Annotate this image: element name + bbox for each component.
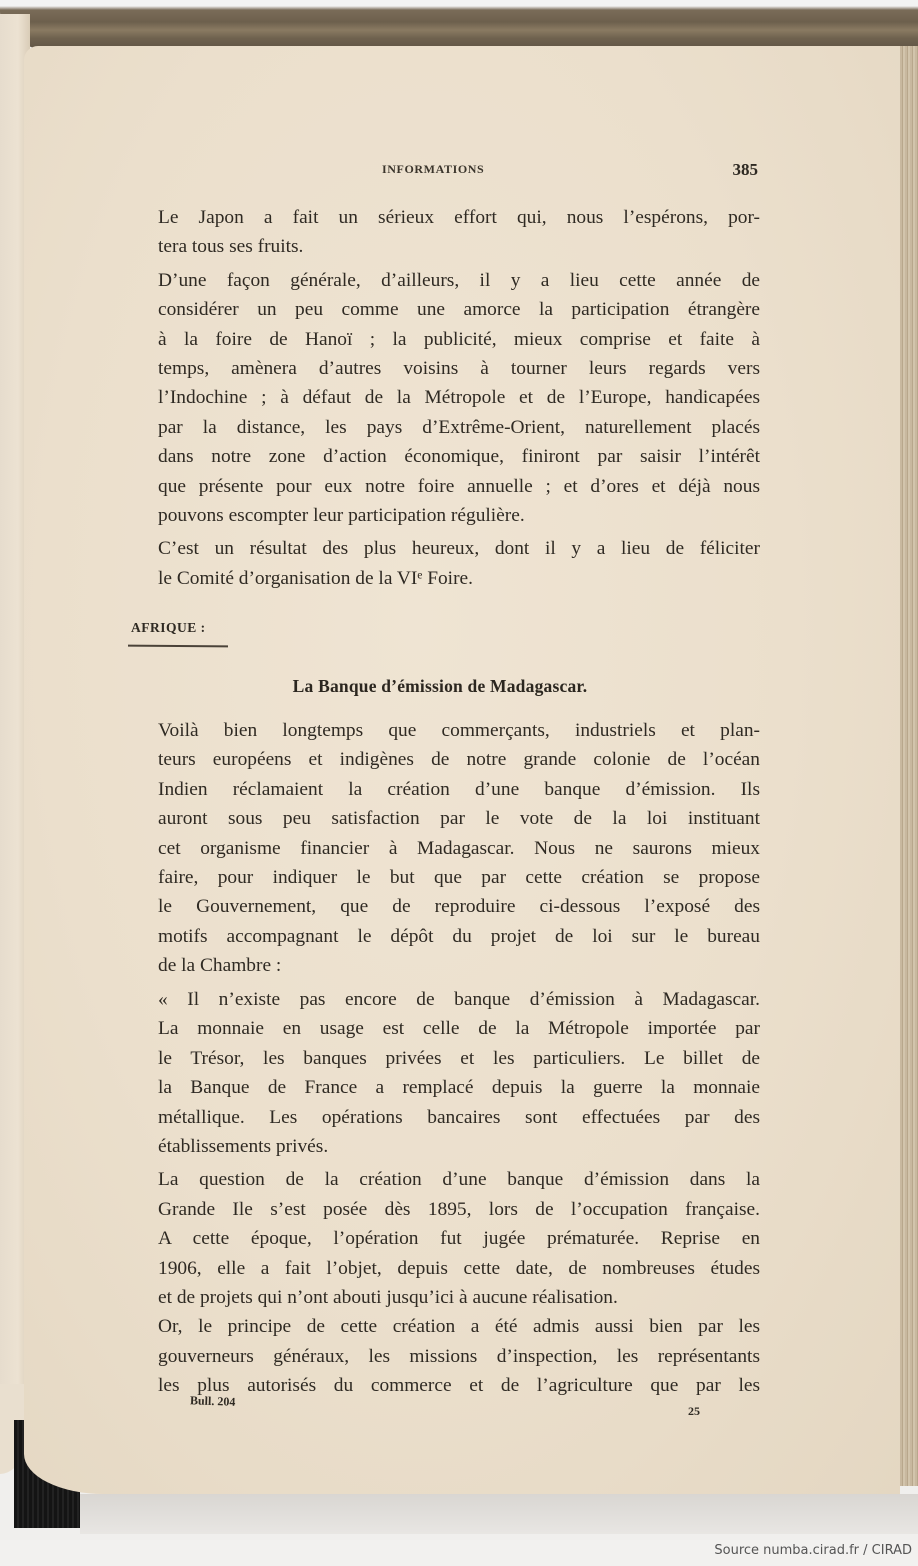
running-title: INFORMATIONS — [382, 162, 484, 177]
paragraph: Voilà bien longtemps que commerçants, in… — [130, 716, 760, 981]
text-line: le Trésor, les banques privées et les pa… — [130, 1044, 760, 1073]
text-line: que présente pour eux notre foire annuel… — [130, 472, 760, 501]
text-line: D’une façon générale, d’ailleurs, il y a… — [130, 266, 760, 295]
text-line: 1906, elle a fait l’objet, depuis cette … — [130, 1254, 760, 1283]
section-heading-afrique: AFRIQUE : — [131, 620, 206, 636]
paragraph: « Il n’existe pas encore de banque d’émi… — [130, 985, 760, 1161]
page-bottom-shadow — [80, 1494, 918, 1534]
text-line: Or, le principe de cette création a été … — [130, 1312, 760, 1341]
text-line: dans notre zone d’action économique, fin… — [130, 442, 760, 471]
gathering-number: 25 — [688, 1404, 700, 1419]
paragraph: C’est un résultat des plus heureux, dont… — [130, 534, 760, 593]
article-title: La Banque d’émission de Madagascar. — [120, 676, 760, 697]
text-line: établissements privés. — [130, 1132, 760, 1161]
text-line: La monnaie en usage est celle de la Métr… — [130, 1014, 760, 1043]
text-line: C’est un résultat des plus heureux, dont… — [130, 534, 760, 563]
text-line: à la foire de Hanoï ; la publicité, mieu… — [130, 325, 760, 354]
article-intro-text: Voilà bien longtemps que commerçants, in… — [130, 716, 760, 981]
text-line: le Gouvernement, que de reproduire ci-de… — [130, 892, 760, 921]
text-line: A cette époque, l’opération fut jugée pr… — [130, 1224, 760, 1253]
paragraph: La question de la création d’une banque … — [130, 1165, 760, 1312]
text-line: teurs européens et indigènes de notre gr… — [130, 745, 760, 774]
text-line: pouvons escompter leur participation rég… — [130, 501, 760, 530]
book-top-edge — [0, 0, 918, 52]
text-line: et de projets qui n’ont abouti jusqu’ici… — [130, 1283, 760, 1312]
text-line: métallique. Les opérations bancaires son… — [130, 1103, 760, 1132]
text-line: Grande Ile s’est posée dès 1895, lors de… — [130, 1195, 760, 1224]
text-line: Voilà bien longtemps que commerçants, in… — [130, 716, 760, 745]
text-line: « Il n’existe pas encore de banque d’émi… — [130, 985, 760, 1014]
page-number: 385 — [733, 160, 759, 180]
scanned-book-spread: INFORMATIONS 385 Le Japon a fait un séri… — [0, 0, 918, 1540]
text-line: motifs accompagnant le dépôt du projet d… — [130, 922, 760, 951]
paragraph: D’une façon générale, d’ailleurs, il y a… — [130, 266, 760, 531]
page-block-edges — [900, 46, 918, 1486]
text-line: de la Chambre : — [130, 951, 760, 980]
running-header: INFORMATIONS 385 — [120, 160, 760, 182]
text-line: Le Japon a fait un sérieux effort qui, n… — [130, 203, 760, 232]
text-line: gouverneurs généraux, les missions d’ins… — [130, 1342, 760, 1371]
paragraph: Le Japon a fait un sérieux effort qui, n… — [130, 203, 760, 262]
intro-text: Le Japon a fait un sérieux effort qui, n… — [130, 203, 760, 593]
text-line: auront sous peu satisfaction par le vote… — [130, 804, 760, 833]
text-line: La question de la création d’une banque … — [130, 1165, 760, 1194]
text-line: par la distance, les pays d’Extrême-Orie… — [130, 413, 760, 442]
text-line: faire, pour indiquer le but que par cett… — [130, 863, 760, 892]
text-line: considérer un peu comme une amorce la pa… — [130, 295, 760, 324]
text-line: cet organisme financier à Madagascar. No… — [130, 834, 760, 863]
quoted-expose-text: « Il n’existe pas encore de banque d’émi… — [130, 985, 760, 1401]
text-line: l’Indochine ; à défaut de la Métropole e… — [130, 383, 760, 412]
source-credit: Source numba.cirad.fr / CIRAD — [714, 1543, 912, 1558]
paragraph: Or, le principe de cette création a été … — [130, 1312, 760, 1400]
text-line: Indien réclamaient la création d’une ban… — [130, 775, 760, 804]
printer-signature: Bull. 204 — [190, 1393, 236, 1410]
text-line: la Banque de France a remplacé depuis la… — [130, 1073, 760, 1102]
text-line: le Comité d’organisation de la VIᵉ Foire… — [130, 564, 760, 593]
text-line: tera tous ses fruits. — [130, 232, 760, 261]
text-line: temps, amènera d’autres voisins à tourne… — [130, 354, 760, 383]
